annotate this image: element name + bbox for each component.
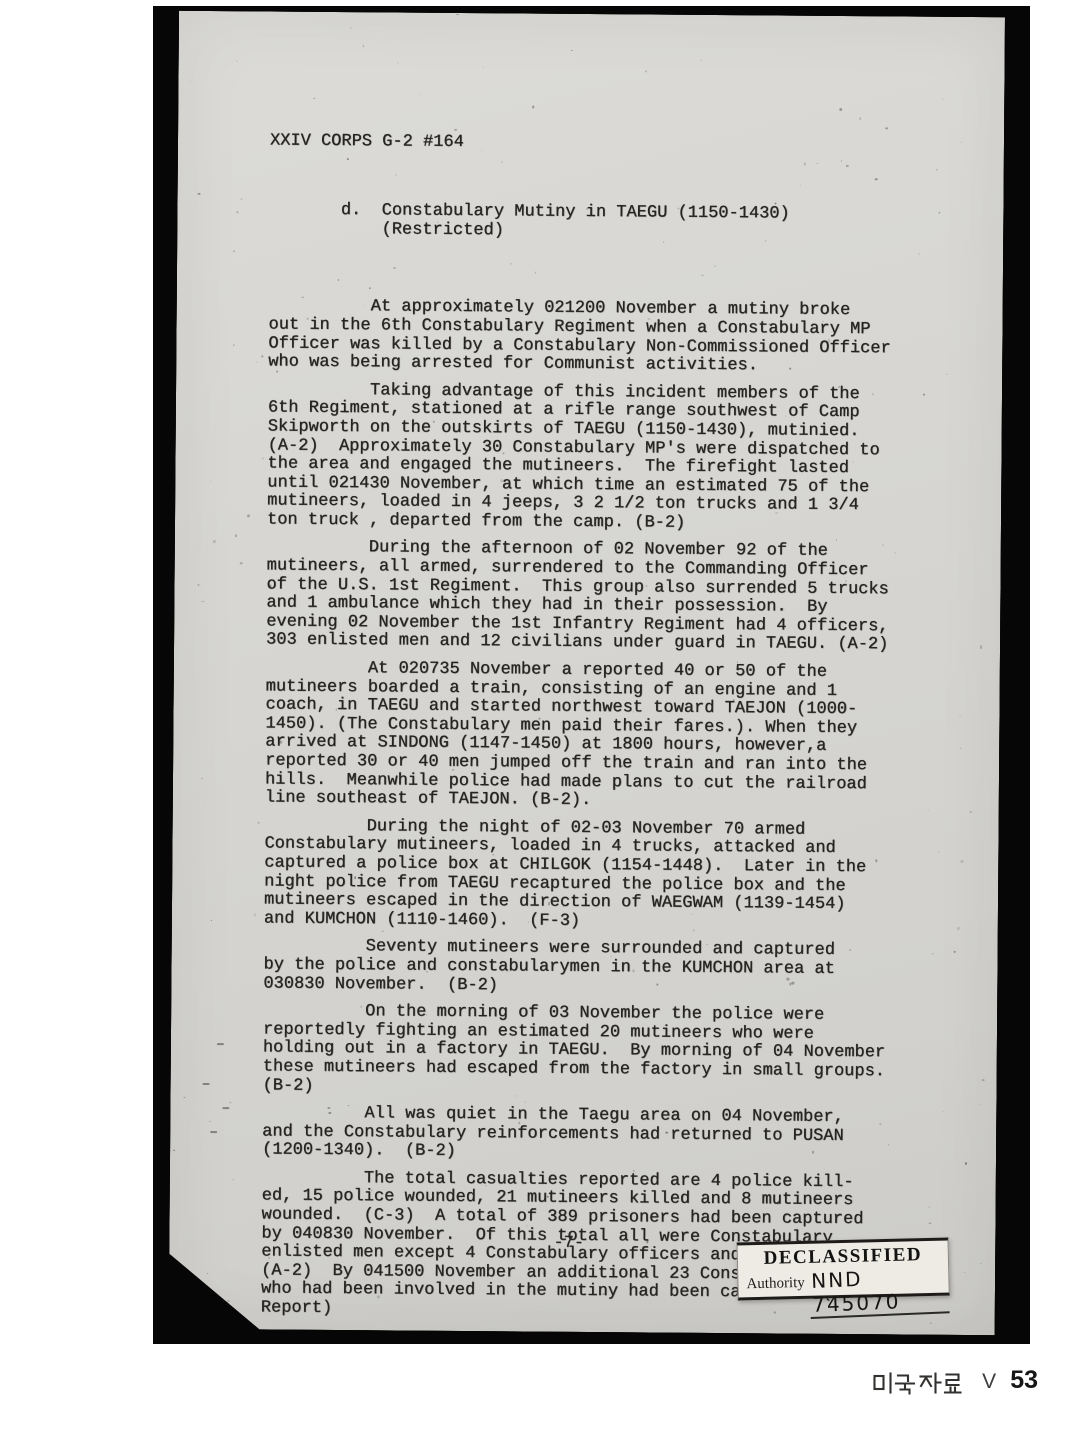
footer-volume-label: V	[982, 1370, 997, 1394]
paragraph: Taking advantage of this incident member…	[267, 381, 936, 535]
paragraph: All was quiet in the Taegu area on 04 No…	[262, 1105, 930, 1166]
stamp-authority-value: NND 745070	[809, 1263, 950, 1319]
footer-page-number: 53	[1010, 1366, 1038, 1395]
paragraph: During the night of 02-03 November 70 ar…	[264, 817, 933, 934]
document-body: XXIV CORPS G-2 #164 d. Constabulary Muti…	[260, 95, 938, 1369]
declassified-stamp: DECLASSIFIED Authority NND 745070	[736, 1238, 949, 1301]
scan-speckles	[179, 11, 1005, 17]
page-number: -7-	[553, 1234, 584, 1253]
paragraph: During the afternoon of 02 November 92 o…	[266, 539, 935, 656]
paragraph: Seventy mutineers were surrounded and ca…	[263, 938, 931, 999]
paragraph: At 020735 November a reported 40 or 50 o…	[265, 659, 934, 813]
document-page: XXIV CORPS G-2 #164 d. Constabulary Muti…	[169, 11, 1005, 1335]
stamp-authority-row: Authority NND 745070	[738, 1265, 949, 1320]
scan-frame: XXIV CORPS G-2 #164 d. Constabulary Muti…	[153, 6, 1030, 1344]
archive-scan-view: { "document": { "id_line": "XXIV CORPS G…	[0, 0, 1080, 1439]
paragraph: On the morning of 03 November the police…	[262, 1003, 931, 1101]
korean-label-text: 미국자료	[871, 1366, 872, 1367]
korean-label-graphic	[871, 1371, 969, 1395]
document-paragraphs: At approximately 021200 November a mutin…	[261, 298, 937, 1323]
paragraph: At approximately 021200 November a mutin…	[268, 298, 937, 378]
document-heading: d. Constabulary Mutiny in TAEGU (1150-14…	[269, 201, 937, 243]
footer-caption: 미국자료 V 53	[871, 1366, 1038, 1395]
document-id-line: XXIV CORPS G-2 #164	[270, 133, 938, 157]
stamp-authority-label: Authority	[746, 1275, 805, 1293]
